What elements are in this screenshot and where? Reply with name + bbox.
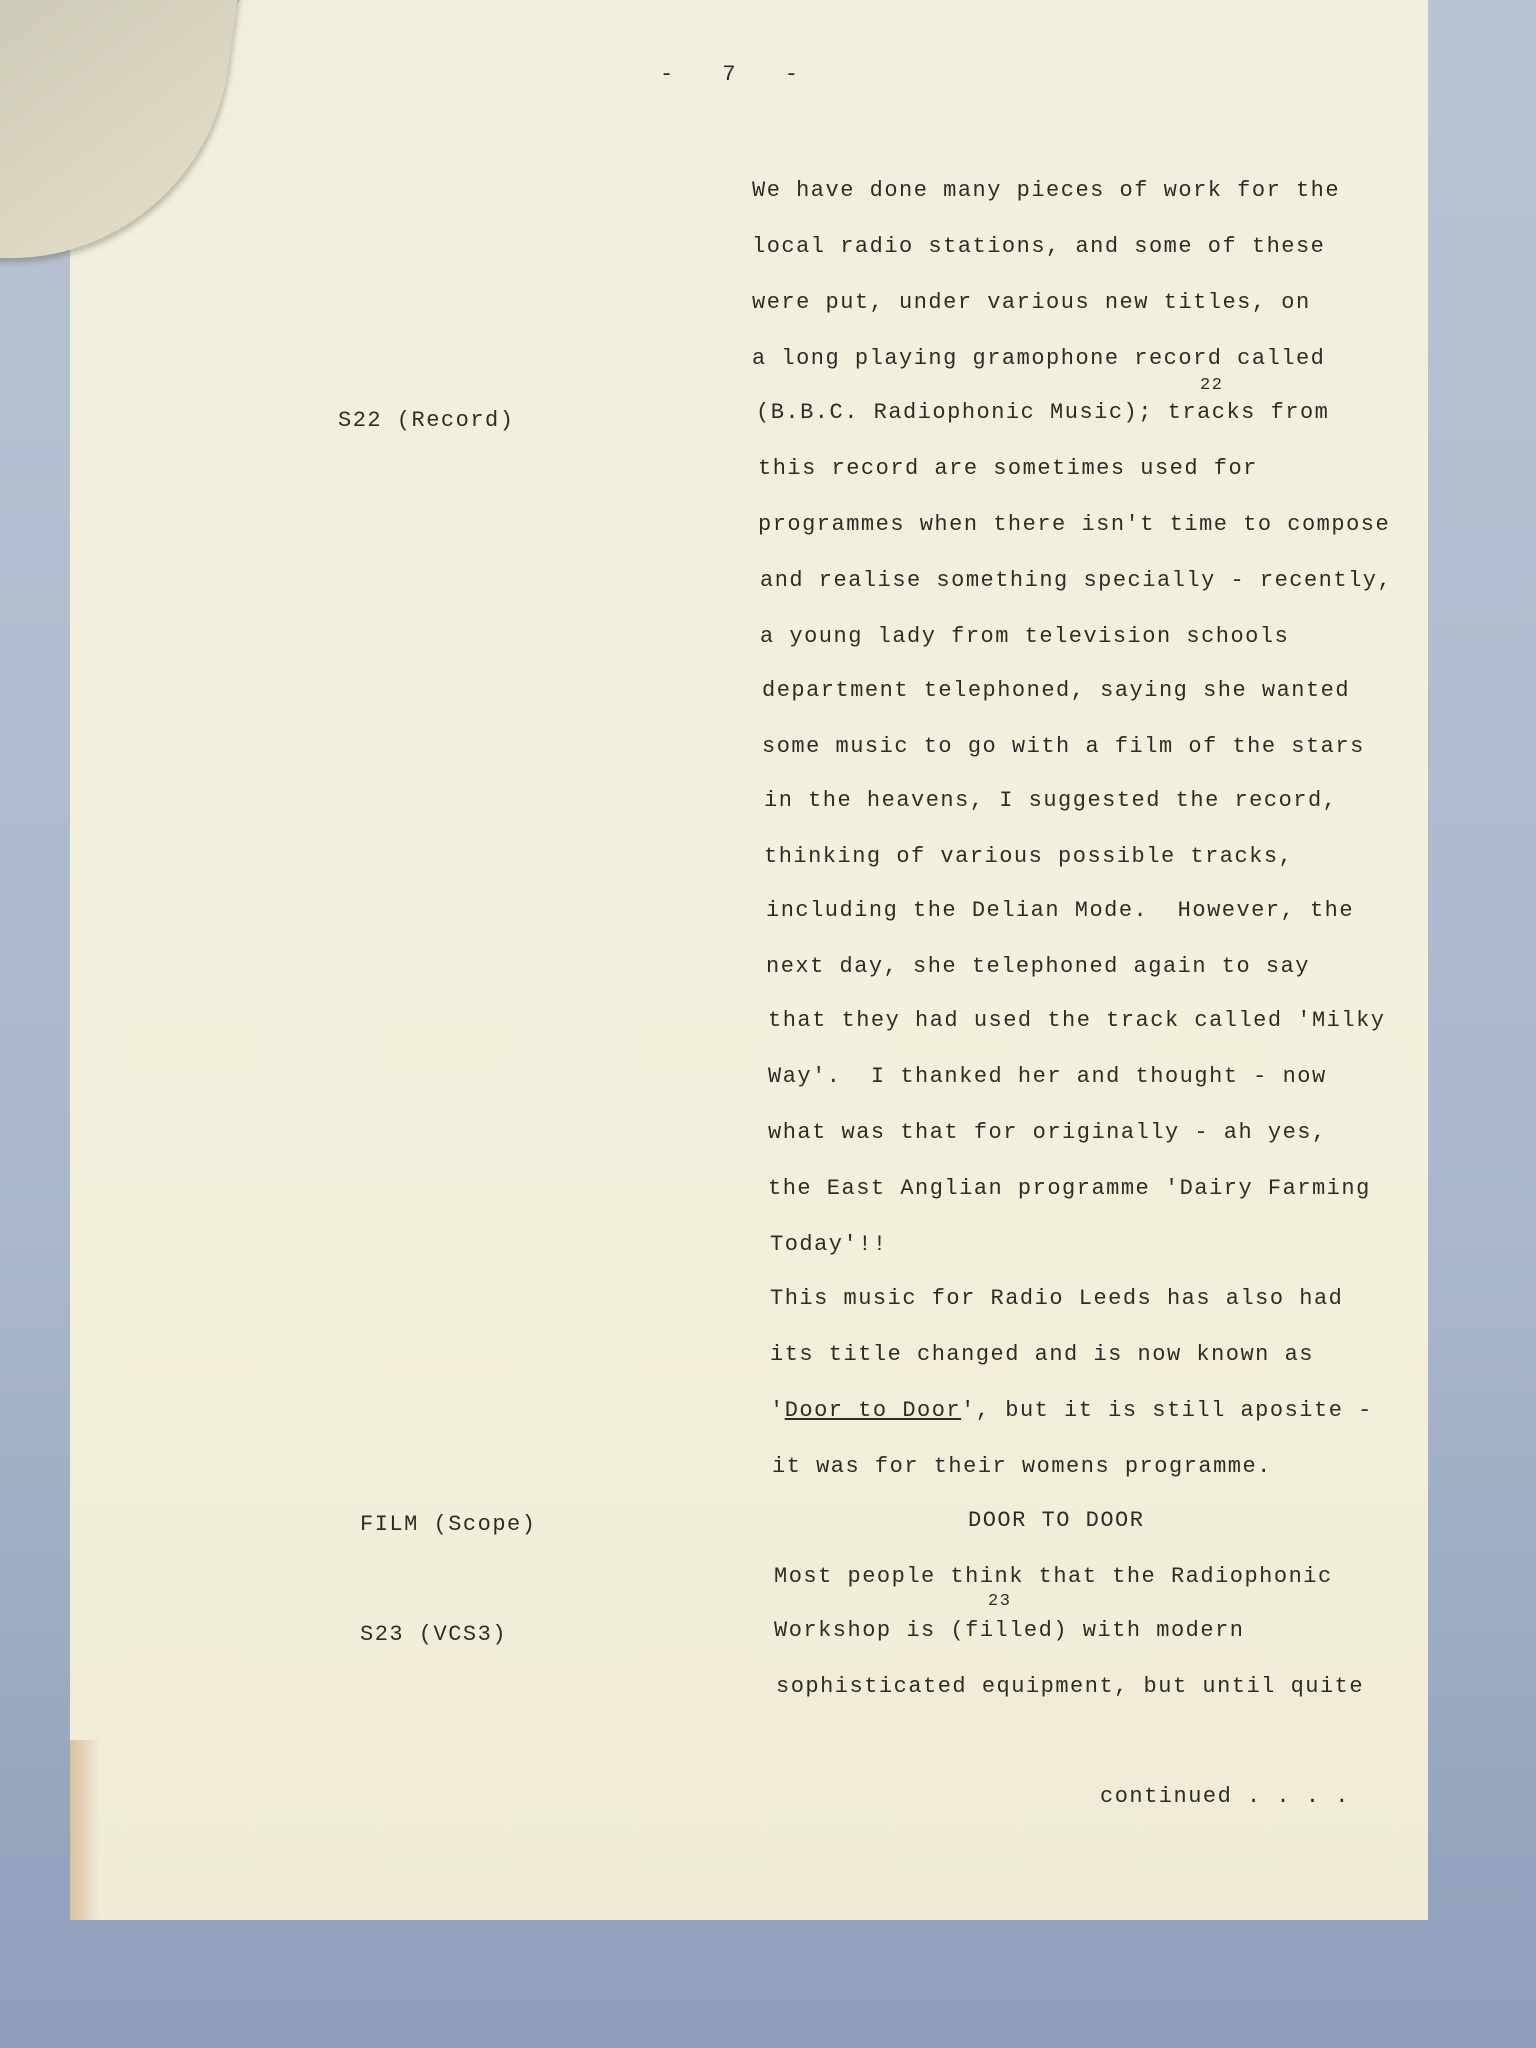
body-line: next day, she telephoned again to say [766,954,1310,979]
section-heading: DOOR TO DOOR [968,1508,1144,1533]
side-note-s23: S23 (VCS3) [360,1622,507,1647]
body-line: We have done many pieces of work for the [752,178,1340,203]
continued-note: continued . . . . [1100,1784,1350,1809]
body-line: it was for their womens programme. [772,1454,1272,1479]
body-line: a long playing gramophone record called [752,346,1325,371]
body-line: in the heavens, I suggested the record, [764,788,1337,813]
body-line: that they had used the track called 'Mil… [768,1008,1386,1033]
body-line: a young lady from television schools [760,624,1289,649]
body-line: Most people think that the Radiophonic [774,1564,1333,1589]
open-quote: ' [770,1398,785,1423]
body-line: sophisticated equipment, but until quite [776,1674,1364,1699]
body-line: This music for Radio Leeds has also had [770,1286,1343,1311]
door-to-door-line: 'Door to Door', but it is still aposite … [770,1398,1373,1423]
body-line: and realise something specially - recent… [760,568,1392,593]
body-line: (B.B.C. Radiophonic Music); tracks from [756,400,1329,425]
body-line: what was that for originally - ah yes, [768,1120,1327,1145]
page-number: - 7 - [660,62,816,87]
body-line: thinking of various possible tracks, [764,844,1293,869]
footnote-marker: 23 [988,1592,1011,1611]
side-note-film: FILM (Scope) [360,1512,536,1537]
body-line: Workshop is (filled) with modern [774,1618,1244,1643]
underlined-title: Door to Door [785,1398,961,1423]
body-line: department telephoned, saying she wanted [762,678,1350,703]
body-line: its title changed and is now known as [770,1342,1314,1367]
body-line: local radio stations, and some of these [752,234,1325,259]
body-line: some music to go with a film of the star… [762,734,1365,759]
body-line: were put, under various new titles, on [752,290,1311,315]
body-line: this record are sometimes used for [758,456,1258,481]
body-line: including the Delian Mode. However, the [766,898,1354,923]
body-line: programmes when there isn't time to comp… [758,512,1390,537]
footnote-marker: 22 [1200,376,1223,395]
line-rest: ', but it is still aposite - [961,1398,1373,1423]
body-line: Today'!! [770,1232,888,1257]
body-line: Way'. I thanked her and thought - now [768,1064,1327,1089]
body-line: the East Anglian programme 'Dairy Farmin… [768,1176,1371,1201]
side-note-s22: S22 (Record) [338,408,514,433]
